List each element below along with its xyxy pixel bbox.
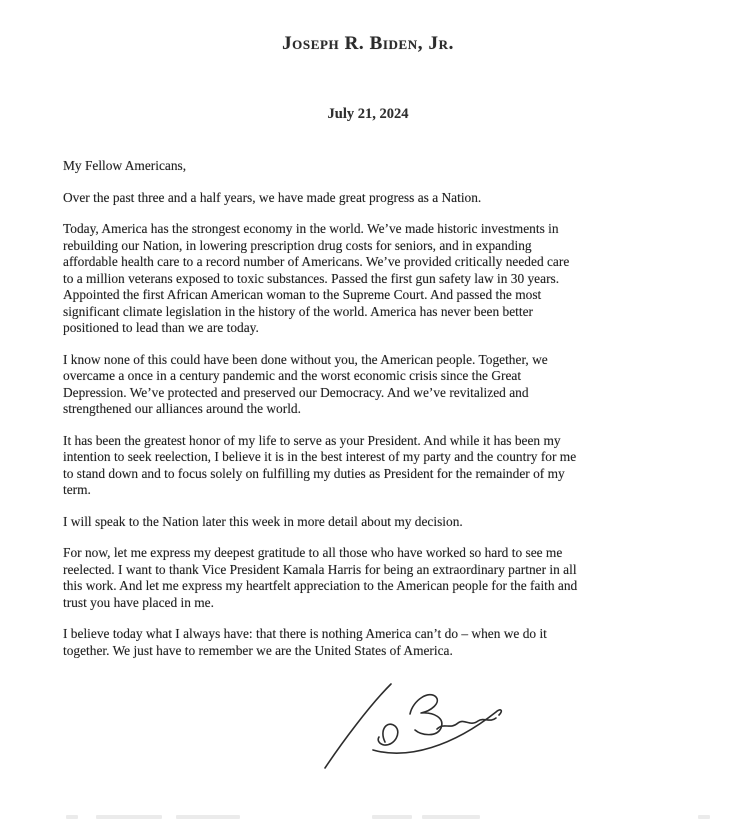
scan-artifact — [176, 815, 240, 819]
joe-biden-signature-icon — [313, 680, 513, 770]
letterhead-name: Joseph R. Biden, Jr. — [0, 33, 736, 55]
letter-page: Joseph R. Biden, Jr. July 21, 2024 My Fe… — [0, 0, 736, 819]
letter-body: My Fellow Americans, Over the past three… — [63, 158, 703, 674]
letter-paragraph: I believe today what I always have: that… — [63, 626, 703, 659]
letter-paragraph: For now, let me express my deepest grati… — [63, 545, 703, 611]
letter-paragraph: I know none of this could have been done… — [63, 352, 703, 418]
date-line: July 21, 2024 — [0, 106, 736, 123]
letter-paragraph: Today, America has the strongest economy… — [63, 221, 703, 337]
scan-artifact — [698, 815, 710, 819]
letter-paragraph: It has been the greatest honor of my lif… — [63, 433, 703, 499]
letter-paragraph: Over the past three and a half years, we… — [63, 190, 703, 207]
scan-artifact — [66, 815, 78, 819]
salutation: My Fellow Americans, — [63, 158, 703, 175]
scan-artifact — [372, 815, 412, 819]
scan-artifact — [422, 815, 480, 819]
letter-paragraph: I will speak to the Nation later this we… — [63, 514, 703, 531]
scan-artifact — [96, 815, 162, 819]
